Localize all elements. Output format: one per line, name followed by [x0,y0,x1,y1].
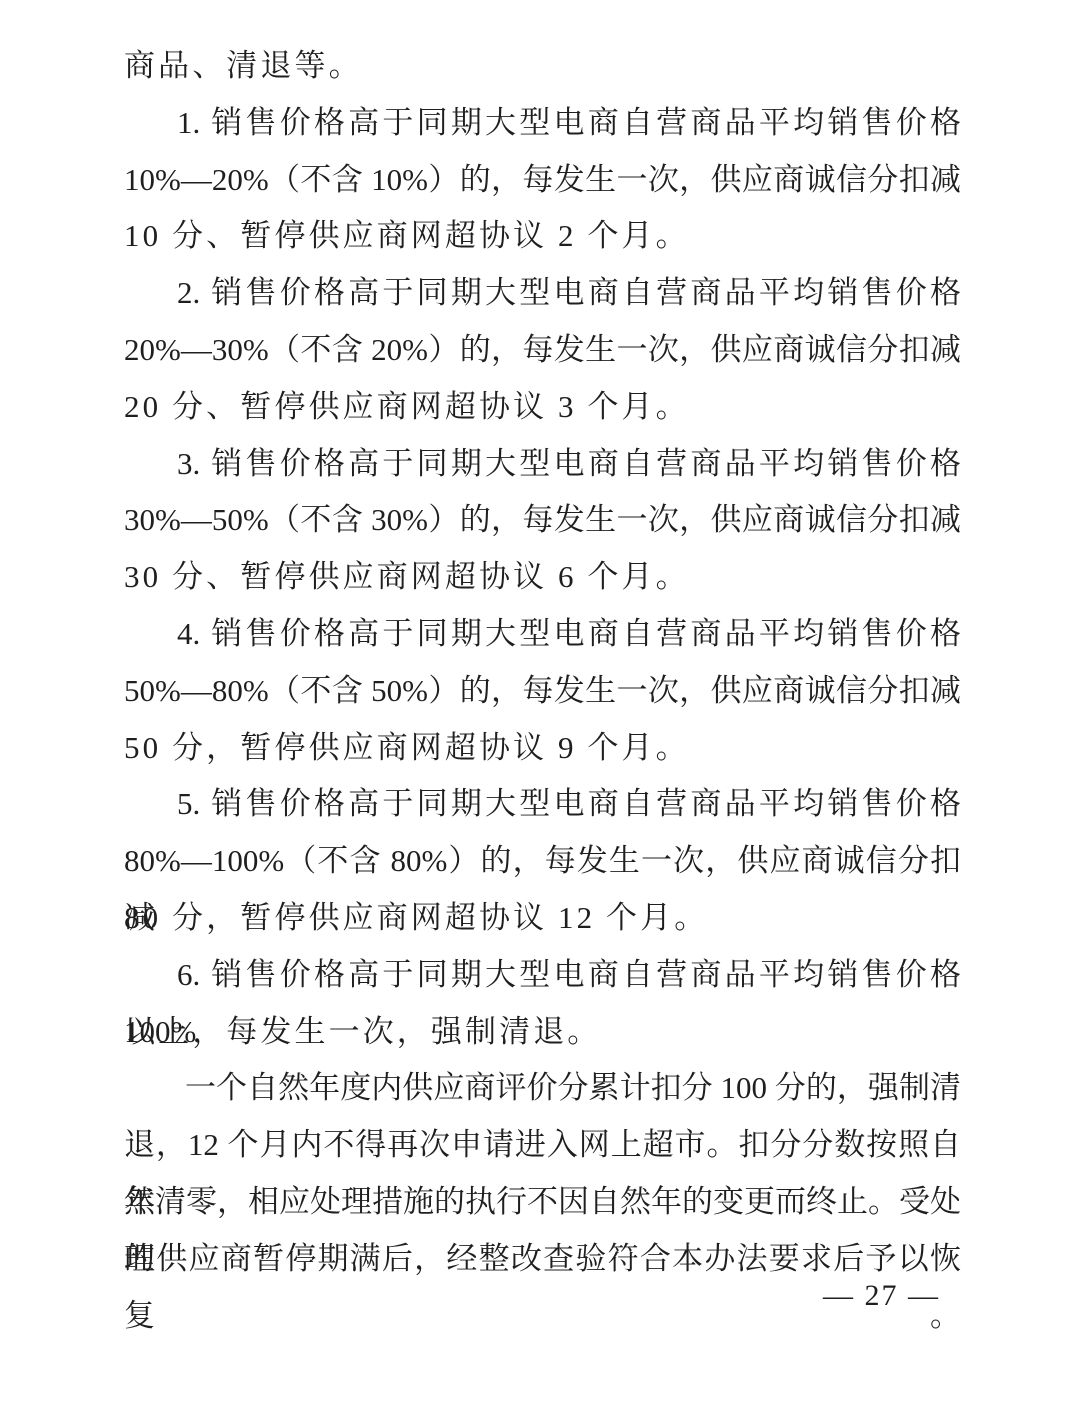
text-line: 4. 销售价格高于同期大型电商自营商品平均销售价格 [124,606,961,663]
text-line: 商品、清退等。 [124,38,961,95]
text-line: 20%—30%（不含 20%）的，每发生一次，供应商诚信分扣减 [124,322,961,379]
text-line: 50 分，暂停供应商网超协议 9 个月。 [124,720,961,777]
text-line: 2. 销售价格高于同期大型电商自营商品平均销售价格 [124,265,961,322]
page-footer: — 27 — [823,1278,940,1314]
text-line: 一个自然年度内供应商评价分累计扣分 100 分的，强制清 [124,1060,961,1117]
paragraph: 1. 销售价格高于同期大型电商自营商品平均销售价格 10%—20%（不含 10%… [124,95,961,265]
text-line: 退，12 个月内不得再次申请进入网上超市。扣分分数按照自然 [124,1117,961,1174]
paragraph: 商品、清退等。 [124,38,961,95]
paragraph: 6. 销售价格高于同期大型电商自营商品平均销售价格 100% 以上，每发生一次，… [124,947,961,1061]
document-text: 商品、清退等。 1. 销售价格高于同期大型电商自营商品平均销售价格 10%—20… [124,38,961,1288]
text-line: 10%—20%（不含 10%）的，每发生一次，供应商诚信分扣减 [124,152,961,209]
text-line: 30 分、暂停供应商网超协议 6 个月。 [124,549,961,606]
text-line: 80%—100%（不含 80%）的，每发生一次，供应商诚信分扣减 [124,833,961,890]
text-line: 10 分、暂停供应商网超协议 2 个月。 [124,208,961,265]
text-line: 50%—80%（不含 50%）的，每发生一次，供应商诚信分扣减 [124,663,961,720]
paragraph: 5. 销售价格高于同期大型电商自营商品平均销售价格 80%—100%（不含 80… [124,776,961,946]
page-number: — 27 — [823,1279,940,1312]
text-line: 30%—50%（不含 30%）的，每发生一次，供应商诚信分扣减 [124,492,961,549]
paragraph: 3. 销售价格高于同期大型电商自营商品平均销售价格 30%—50%（不含 30%… [124,436,961,606]
text-line: 1. 销售价格高于同期大型电商自营商品平均销售价格 [124,95,961,152]
paragraph: 4. 销售价格高于同期大型电商自营商品平均销售价格 50%—80%（不含 50%… [124,606,961,776]
text-line: 以上，每发生一次，强制清退。 [124,1004,961,1061]
document-page: 商品、清退等。 1. 销售价格高于同期大型电商自营商品平均销售价格 10%—20… [0,0,1072,1420]
paragraph: 一个自然年度内供应商评价分累计扣分 100 分的，强制清 退，12 个月内不得再… [124,1060,961,1287]
text-line: 3. 销售价格高于同期大型电商自营商品平均销售价格 [124,436,961,493]
text-line: 80 分，暂停供应商网超协议 12 个月。 [124,890,961,947]
paragraph: 2. 销售价格高于同期大型电商自营商品平均销售价格 20%—30%（不含 20%… [124,265,961,435]
text-line: 20 分、暂停供应商网超协议 3 个月。 [124,379,961,436]
text-line: 6. 销售价格高于同期大型电商自营商品平均销售价格 100% [124,947,961,1004]
text-line: 5. 销售价格高于同期大型电商自营商品平均销售价格 [124,776,961,833]
text-line: 年清零，相应处理措施的执行不因自然年的变更而终止。受处理 [124,1174,961,1231]
